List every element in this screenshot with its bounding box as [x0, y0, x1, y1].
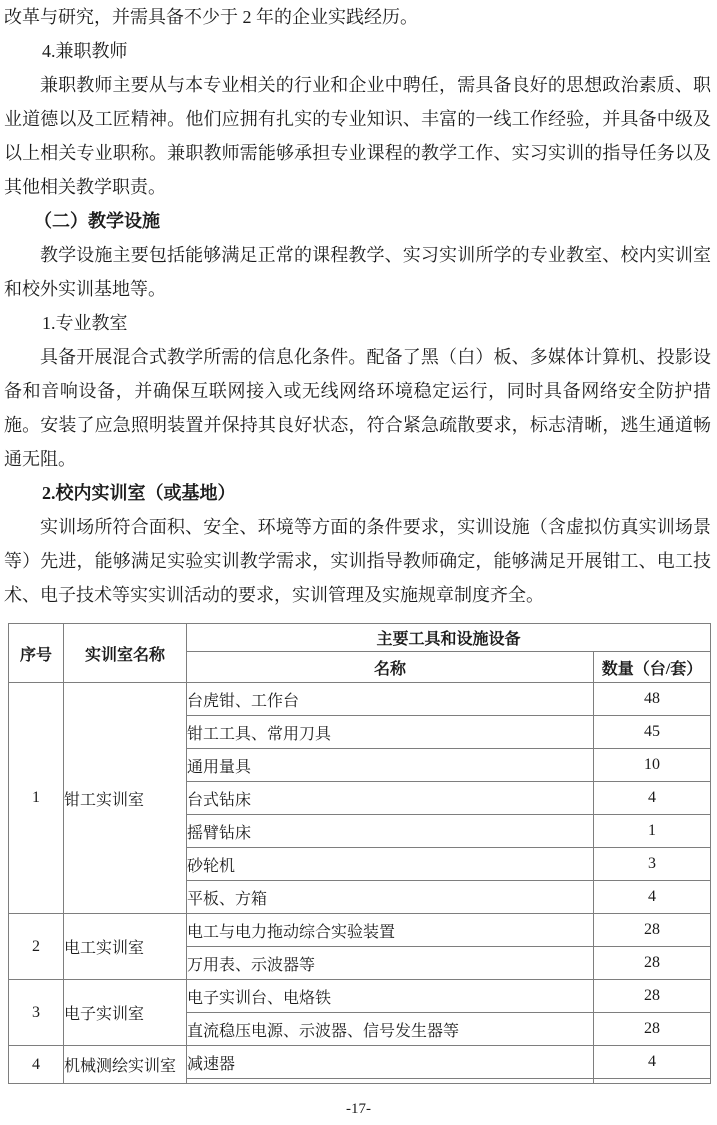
table-stub-cell — [594, 1079, 711, 1084]
table-cell-item-name: 电子实训台、电烙铁 — [187, 980, 594, 1013]
table-cell-item-qty: 28 — [594, 1013, 711, 1046]
table-cell-item-qty: 10 — [594, 749, 711, 782]
table-cell-item-name: 减速器 — [187, 1046, 594, 1079]
table-header-room: 实训室名称 — [64, 624, 187, 683]
paragraph-campus-training-room: 实训场所符合面积、安全、环境等方面的条件要求，实训设施（含虚拟仿真实训场景等）先… — [4, 510, 711, 612]
table-header-rows: 序号 实训室名称 主要工具和设施设备 名称 数量（台/套） — [9, 624, 711, 683]
table-cell-index: 1 — [9, 683, 64, 914]
table-row: 2电工实训室电工与电力拖动综合实验装置28 — [9, 914, 711, 947]
table-row: 3电子实训室电子实训台、电烙铁28 — [9, 980, 711, 1013]
table-cell-item-name: 摇臂钻床 — [187, 815, 594, 848]
body-text-block: 改革与研究，并需具备不少于 2 年的企业实践经历。 4.兼职教师 兼职教师主要从… — [0, 0, 717, 612]
table-header-qty: 数量（台/套） — [594, 652, 711, 683]
table-cell-room: 电工实训室 — [64, 914, 187, 980]
paragraph-teaching-facilities: 教学设施主要包括能够满足正常的课程教学、实习实训所学的专业教室、校内实训室和校外… — [4, 238, 711, 306]
table-header-row-1: 序号 实训室名称 主要工具和设施设备 — [9, 624, 711, 652]
table-cell-item-name: 台式钻床 — [187, 782, 594, 815]
table-cell-room: 机械测绘实训室 — [64, 1046, 187, 1084]
table-cell-item-name: 台虎钳、工作台 — [187, 683, 594, 716]
table-cell-item-qty: 48 — [594, 683, 711, 716]
page-number: -17- — [0, 1101, 717, 1118]
document-page: 改革与研究，并需具备不少于 2 年的企业实践经历。 4.兼职教师 兼职教师主要从… — [0, 0, 717, 1125]
heading-part-time-teachers: 4.兼职教师 — [4, 34, 711, 68]
table-cell-item-name: 直流稳压电源、示波器、信号发生器等 — [187, 1013, 594, 1046]
heading-section-teaching-facilities: （二）教学设施 — [4, 204, 711, 238]
table-header-tools: 主要工具和设施设备 — [187, 624, 711, 652]
paragraph-professional-classroom: 具备开展混合式教学所需的信息化条件。配备了黑（白）板、多媒体计算机、投影设备和音… — [4, 340, 711, 476]
table-row: 1钳工实训室台虎钳、工作台48 — [9, 683, 711, 716]
table-cell-item-name: 电工与电力拖动综合实验装置 — [187, 914, 594, 947]
table-cell-item-qty: 1 — [594, 815, 711, 848]
table-cell-item-qty: 28 — [594, 947, 711, 980]
table-header-index: 序号 — [9, 624, 64, 683]
table-cell-item-qty: 45 — [594, 716, 711, 749]
heading-professional-classroom: 1.专业教室 — [4, 306, 711, 340]
table-cell-item-name: 万用表、示波器等 — [187, 947, 594, 980]
table-cell-item-name: 钳工工具、常用刀具 — [187, 716, 594, 749]
table-cell-item-qty: 4 — [594, 1046, 711, 1079]
table-cell-room: 钳工实训室 — [64, 683, 187, 914]
heading-campus-training-room: 2.校内实训室（或基地） — [4, 476, 711, 510]
table-cell-index: 3 — [9, 980, 64, 1046]
table-row: 4机械测绘实训室减速器4 — [9, 1046, 711, 1079]
table-cell-item-qty: 4 — [594, 881, 711, 914]
table-cell-item-qty: 28 — [594, 980, 711, 1013]
training-room-equipment-table: 序号 实训室名称 主要工具和设施设备 名称 数量（台/套） 1钳工实训室台虎钳、… — [8, 623, 711, 1084]
table-data-rows: 1钳工实训室台虎钳、工作台48钳工工具、常用刀具45通用量具10台式钻床4摇臂钻… — [9, 683, 711, 1084]
table-cell-item-name: 平板、方箱 — [187, 881, 594, 914]
table-cell-index: 4 — [9, 1046, 64, 1084]
table-cell-index: 2 — [9, 914, 64, 980]
table-cell-item-qty: 4 — [594, 782, 711, 815]
table-cell-item-qty: 28 — [594, 914, 711, 947]
paragraph-part-time-teachers: 兼职教师主要从与本专业相关的行业和企业中聘任，需具备良好的思想政治素质、职业道德… — [4, 68, 711, 204]
table-cell-item-qty: 3 — [594, 848, 711, 881]
table-header-name: 名称 — [187, 652, 594, 683]
paragraph-continuation: 改革与研究，并需具备不少于 2 年的企业实践经历。 — [4, 0, 711, 34]
table-cell-item-name: 通用量具 — [187, 749, 594, 782]
table-cell-room: 电子实训室 — [64, 980, 187, 1046]
table-cell-item-name: 砂轮机 — [187, 848, 594, 881]
table-stub-cell — [187, 1079, 594, 1084]
